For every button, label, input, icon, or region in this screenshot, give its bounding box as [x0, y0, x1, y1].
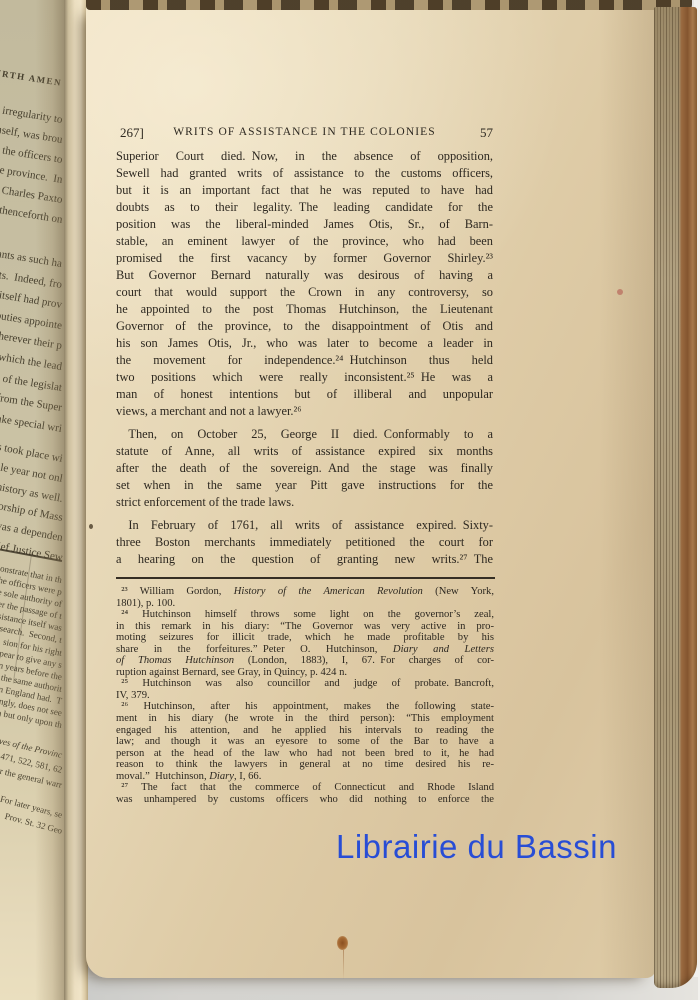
text-line: two positions which were really inconsis…	[116, 369, 493, 386]
text-line: this irregularity to	[0, 98, 64, 130]
footnote-26: ²⁶ Hutchinson, after his appointment, ma…	[116, 701, 494, 782]
page-scratch-mark	[13, 553, 32, 684]
text-line: 1801), p. 100.	[116, 598, 494, 610]
deckle-edge	[86, 0, 692, 10]
text-line: ²⁵ Hutchinson was also councillor and ju…	[116, 678, 494, 690]
page-number: 57	[480, 125, 493, 141]
text-line: r the general warr	[0, 763, 64, 793]
running-title: WRITS OF ASSISTANCE IN THE COLONIES	[173, 126, 436, 138]
footnote-24: ²⁴ Hutchinson himself throws some light …	[116, 609, 494, 678]
text-line: sion for his right	[0, 633, 63, 659]
left-page-body-fragment: warrants as such hanists. Indeed, froure…	[0, 254, 62, 439]
footnote-23: ²³ William Gordon, History of the Americ…	[116, 586, 494, 609]
book-page: 267] WRITS OF ASSISTANCE IN THE COLONIES…	[86, 6, 656, 978]
text-line: views, a merchant and not a lawyer.²⁶	[116, 403, 493, 420]
text-line: ruption against Bernard, see Gray, in Qu…	[116, 667, 494, 679]
text-line: himself, was brou	[0, 118, 64, 150]
text-line: set when in the same year Pitt gave inst…	[116, 477, 493, 494]
page-fold	[64, 0, 88, 1000]
text-line: was a dependen	[0, 514, 64, 549]
text-line: promised the first vacancy by former Gov…	[116, 250, 493, 267]
text-line: ²⁴ Hutchinson himself throws some light …	[116, 609, 494, 621]
text-line: Sewell had granted writs of assistance t…	[116, 165, 493, 182]
left-page: FOURTH AMEN this irregularity tohimself,…	[0, 0, 64, 1000]
text-line: ²⁷ The fact that the commerce of Connect…	[116, 782, 494, 794]
text-line: strict enforcement of the trade laws.	[116, 494, 493, 511]
text-line: reason to think the lawyers in general a…	[116, 759, 494, 771]
text-line: rit from the Super	[0, 385, 64, 419]
text-line: moting seizures for illicit trade, which…	[116, 632, 494, 644]
text-line: after the death of the sovereign. And th…	[116, 460, 493, 477]
left-page-footnote-rule	[0, 547, 62, 562]
paragraph: Then, on October 25, George II died. Con…	[116, 426, 493, 511]
text-line: l deputies appointe	[0, 302, 64, 336]
text-line: search. Second, t	[0, 620, 63, 646]
text-line: a but only upon th	[0, 705, 63, 731]
page-speck	[617, 289, 623, 295]
bookseller-watermark: Librairie du Bassin	[336, 828, 666, 866]
text-line: Then, on October 25, George II died. Con…	[116, 426, 493, 443]
text-line: vernorship of Mass	[0, 494, 64, 529]
left-page-footnote-fragment: monstrate that in ththe officers were pe…	[0, 574, 62, 731]
text-line: e the same authorit	[0, 669, 63, 695]
text-line: in England had. T	[0, 681, 63, 707]
left-page-footnote-fragment: ives of the Provinc471, 522, 581, 62r th…	[0, 748, 62, 793]
text-line: share in the forfeitures.” Peter O. Hutc…	[116, 644, 494, 656]
text-line: ion of the legislat	[0, 364, 64, 398]
text-line: the province. In	[0, 158, 64, 190]
text-line: nd thenceforth on	[0, 198, 64, 230]
text-line: a hearing on the question of granting ne…	[116, 551, 493, 568]
text-line: hief Justice Sew	[0, 533, 64, 568]
text-line: ²⁶ Hutchinson, after his appointment, ma…	[116, 701, 494, 713]
paragraph: In February of 1761, all writs of assist…	[116, 517, 493, 568]
left-page-footnote-fragment: For later years, seProv. St. 32 Geo	[0, 808, 62, 839]
folio-number: 267]	[120, 125, 144, 141]
text-line: ch wherever their p	[0, 323, 64, 357]
text-line: monstrate that in th	[0, 560, 63, 586]
text-line: For later years, se	[0, 792, 64, 824]
text-line: Superior Court died. Now, in the absence…	[116, 148, 493, 165]
text-line: n history as well.	[0, 474, 64, 509]
text-line: he appointed to the post Thomas Hutchins…	[116, 301, 493, 318]
text-line: e sole authority of	[0, 584, 63, 610]
text-line: ment in his diary (he wrote in the third…	[116, 713, 494, 725]
page-stain-drip	[343, 950, 344, 980]
text-line: Prov. St. 32 Geo	[0, 807, 64, 839]
text-line: In February of 1761, all writs of assist…	[116, 517, 493, 534]
text-line: 471, 522, 581, 62	[0, 748, 64, 778]
text-line: make special wri	[0, 405, 64, 439]
text-line: court that would support the Crown in an…	[116, 284, 493, 301]
text-line: the officers were p	[0, 572, 63, 598]
text-line: ure itself had prov	[0, 282, 64, 316]
text-line: engaged his attention, and he applied hi…	[116, 725, 494, 737]
page-speck	[89, 524, 93, 529]
text-line: n years before the	[0, 657, 63, 683]
text-line: ed the officers to	[0, 138, 64, 170]
text-line: nists. Indeed, fro	[0, 261, 64, 295]
text-line: person at the head of the law who had no…	[116, 748, 494, 760]
text-line: law; and though it was an eyesore to som…	[116, 736, 494, 748]
text-line: pear to give any s	[0, 645, 63, 671]
text-line: stable, an eminent lawyer of the provinc…	[116, 233, 493, 250]
text-line: ences took place wi	[0, 434, 64, 469]
text-line: position was the liberal-minded James Ot…	[116, 216, 493, 233]
text-line: his son James Otis, Jr., who was later t…	[116, 335, 493, 352]
left-page-body-fragment: this irregularity tohimself, was broued …	[0, 110, 62, 230]
text-line: the movement for independence.²⁴ Hutchin…	[116, 352, 493, 369]
footnotes: ²³ William Gordon, History of the Americ…	[116, 586, 494, 805]
text-line: Governor of the province, to the disappo…	[116, 318, 493, 335]
text-line: rdingly, does not see	[0, 693, 63, 719]
footnote-25: ²⁵ Hutchinson was also councillor and ju…	[116, 678, 494, 701]
text-line: of Thomas Hutchinson (London, 1883), I, …	[116, 655, 494, 667]
text-line: was unhampered by customs officers who d…	[116, 794, 494, 806]
text-line: moval.” Hutchinson, Diary, I, 66.	[116, 771, 494, 783]
left-page-body-fragment: ences took place wirable year not onln h…	[0, 450, 62, 569]
text-line: ²³ William Gordon, History of the Americ…	[116, 586, 494, 598]
paragraph: Superior Court died. Now, in the absence…	[116, 148, 493, 420]
fore-edge	[654, 7, 697, 988]
table-surface	[40, 977, 698, 1000]
text-line: FOURTH AMEN	[0, 65, 63, 88]
footnote-rule	[116, 577, 495, 579]
text-line: But Governor Bernard naturally was desir…	[116, 267, 493, 284]
text-line: IV, 379.	[116, 690, 494, 702]
text-line: rable year not onl	[0, 454, 64, 489]
text-line: three Boston merchants immediately petit…	[116, 534, 493, 551]
text-line: statute of Anne, all writs of assistance…	[116, 443, 493, 460]
text-line: warrants as such ha	[0, 241, 64, 275]
text-line: doubts as to their legality. The leading…	[116, 199, 493, 216]
open-book-photo: FOURTH AMEN this irregularity tohimself,…	[0, 0, 700, 1000]
body-text: Superior Court died. Now, in the absence…	[116, 148, 493, 574]
text-line: ives of the Provinc	[0, 733, 64, 763]
text-line: ter the passage of t	[0, 596, 63, 622]
text-line: man of honest intentions but of illibera…	[116, 386, 493, 403]
text-line: to Charles Paxto	[0, 178, 64, 210]
text-line: on which the lead	[0, 344, 64, 378]
text-line: but it is an important fact that he was …	[116, 182, 493, 199]
footnote-27: ²⁷ The fact that the commerce of Connect…	[116, 782, 494, 805]
text-line: ssistance itself was	[0, 608, 63, 634]
page-stain	[337, 936, 348, 950]
page-header: 267] WRITS OF ASSISTANCE IN THE COLONIES…	[116, 125, 493, 141]
text-line: in this remark in his diary: “The Govern…	[116, 621, 494, 633]
left-page-running-header: FOURTH AMEN	[0, 78, 62, 88]
